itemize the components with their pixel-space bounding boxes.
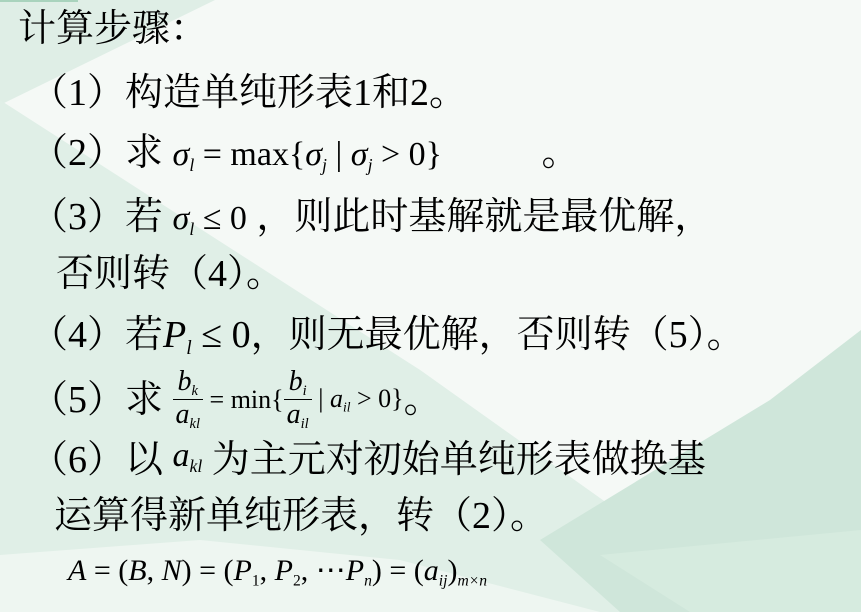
step-number: （1） [30,72,125,114]
formula-condition: | ail > 0} [312,384,404,413]
step-text: 求 [125,132,163,174]
period: 。 [404,379,442,421]
step-text: 以 [125,439,173,481]
step-4: （4）若Pl ≤ 0，则无最优解，否则转（5）。 [30,316,745,359]
step-text: 构造单纯形表1和2。 [125,72,467,114]
step-number: （5） [30,379,125,421]
step-number: （2） [30,132,125,174]
step-text: 若 [125,314,163,356]
step-number: （3） [30,196,125,238]
formula-text: = min{ [203,385,284,414]
step-5: （5）求 bkakl = min{biail | ail > 0}。 [30,367,442,433]
formula-P-l: Pl [163,314,192,356]
step-2: （2）求 σl = max{σj | σj > 0} 。 [30,134,580,175]
step-6-continued: 运算得新单纯形表，转（2）。 [54,497,548,535]
fraction-bk-akl: bkakl [173,367,204,433]
slide-title: 计算步骤： [18,10,208,48]
formula-a-kl: akl [173,437,203,474]
matrix-formula: A = (B, N) = (P1, P2, ⋯Pn) = (aij)m×n [68,556,487,589]
step-3-continued: 否则转（4）。 [56,255,284,293]
step-text: ，则此时基解就是最优解， [247,196,713,238]
step-text: 若 [125,196,173,238]
step-text: 为主元对初始单纯形表做换基 [202,439,706,481]
period: 。 [541,132,579,174]
step-number: （6） [30,439,125,481]
step-number: （4） [30,314,125,356]
step-text: 求 [125,379,163,421]
formula-sigma-le-zero: σl ≤ 0 [173,200,247,237]
step-6: （6）以 akl 为主元对初始单纯形表做换基 [30,441,706,482]
step-3: （3）若 σl ≤ 0 ，则此时基解就是最优解， [30,198,712,239]
step-text: ≤ 0，则无最优解，否则转（5）。 [192,314,745,356]
step-1: （1）构造单纯形表1和2。 [30,74,467,112]
top-accent-bar [0,0,78,2]
formula-sigma-max: σl = max{σj | σj > 0} [173,136,442,173]
fraction-bi-ail: biail [284,367,312,433]
